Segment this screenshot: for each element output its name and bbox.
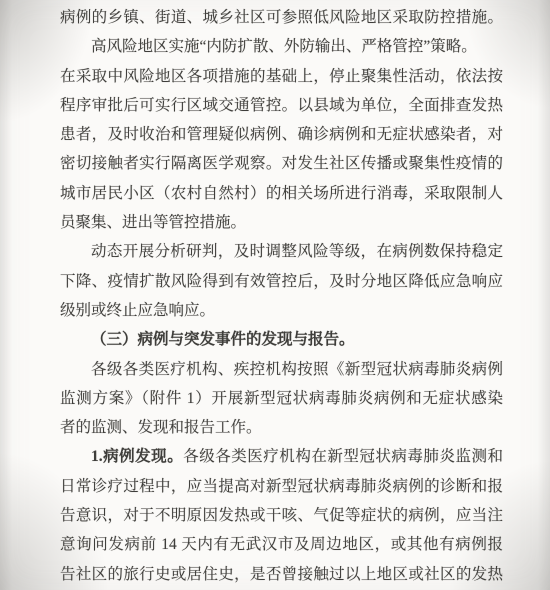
text-run: 城市居民小区（农村自然村）的相关场所进行消毒，采取限制人	[60, 185, 503, 202]
text-line: 告意识，对于不明原因发热或干咳、气促等症状的病例，应当注	[60, 501, 503, 530]
text-line: 者的监测、发现和报告工作。	[60, 413, 503, 442]
text-line: 员聚集、进出等管控措施。	[60, 208, 503, 237]
text-run: 监测方案》（附件 1）开展新型冠状病毒肺炎病例和无症状感染	[60, 390, 503, 407]
text-run: 下降、疫情扩散风险得到有效管控后，及时分地区降低应急响应	[60, 273, 503, 290]
section-heading-text: （三）病例与突发事件的发现与报告。	[91, 331, 355, 348]
text-run: 病例的乡镇、街道、城乡社区可参照低风险地区采取防控措施。	[60, 9, 503, 26]
text-run: 动态开展分析研判，及时调整风险等级，在病例数保持稳定	[91, 243, 503, 260]
text-line: 城市居民小区（农村自然村）的相关场所进行消毒，采取限制人	[60, 179, 503, 208]
text-line: 动态开展分析研判，及时调整风险等级，在病例数保持稳定	[60, 237, 503, 266]
text-run: 程序审批后可实行区域交通管控。以县域为单位，全面排查发热	[60, 97, 503, 114]
bold-run: 1.病例发现。	[91, 448, 183, 465]
text-line: 下降、疫情扩散风险得到有效管控后，及时分地区降低应急响应	[60, 267, 503, 296]
text-line: 程序审批后可实行区域交通管控。以县域为单位，全面排查发热	[60, 91, 503, 120]
document-text-block: 病例的乡镇、街道、城乡社区可参照低风险地区采取防控措施。高风险地区实施“内防扩散…	[60, 3, 503, 589]
text-run: 告社区的旅行史或居住史，是否曾接触过以上地区或社区的发热	[60, 566, 503, 583]
text-run: 者的监测、发现和报告工作。	[60, 419, 262, 436]
text-run: 日常诊疗过程中，应当提高对新型冠状病毒肺炎病例的诊断和报	[60, 478, 503, 495]
text-line: 日常诊疗过程中，应当提高对新型冠状病毒肺炎病例的诊断和报	[60, 472, 503, 501]
text-line: 各级各类医疗机构、疾控机构按照《新型冠状病毒肺炎病例	[60, 355, 503, 384]
text-run: 在采取中风险地区各项措施的基础上，停止聚集性活动，依法按	[60, 68, 503, 85]
text-run: 级别或终止应急响应。	[60, 302, 215, 319]
text-line: 1.病例发现。各级各类医疗机构在新型冠状病毒肺炎监测和	[60, 442, 503, 471]
text-line: 病例的乡镇、街道、城乡社区可参照低风险地区采取防控措施。	[60, 3, 503, 32]
text-run: 密切接触者实行隔离医学观察。对发生社区传播或聚集性疫情的	[60, 155, 503, 172]
text-line: 监测方案》（附件 1）开展新型冠状病毒肺炎病例和无症状感染	[60, 384, 503, 413]
text-line: 在采取中风险地区各项措施的基础上，停止聚集性活动，依法按	[60, 62, 503, 91]
text-line: 患者，及时收治和管理疑似病例、确诊病例和无症状感染者，对	[60, 120, 503, 149]
text-line: 高风险地区实施“内防扩散、外防输出、严格管控”策略。	[60, 32, 503, 61]
text-run: 意询问发病前 14 天内有无武汉市及周边地区，或其他有病例报	[60, 536, 503, 553]
document-page: 病例的乡镇、街道、城乡社区可参照低风险地区采取防控措施。高风险地区实施“内防扩散…	[0, 0, 550, 590]
text-line: 意询问发病前 14 天内有无武汉市及周边地区，或其他有病例报	[60, 530, 503, 559]
text-run: 各级各类医疗机构在新型冠状病毒肺炎监测和	[183, 448, 503, 465]
text-run: 员聚集、进出等管控措施。	[60, 214, 246, 231]
section-heading-line: （三）病例与突发事件的发现与报告。	[60, 325, 503, 354]
text-line: 密切接触者实行隔离医学观察。对发生社区传播或聚集性疫情的	[60, 149, 503, 178]
text-line: 告社区的旅行史或居住史，是否曾接触过以上地区或社区的发热	[60, 560, 503, 589]
text-line: 级别或终止应急响应。	[60, 296, 503, 325]
text-run: 患者，及时收治和管理疑似病例、确诊病例和无症状感染者，对	[60, 126, 503, 143]
text-run: 高风险地区实施“内防扩散、外防输出、严格管控”策略。	[91, 38, 477, 55]
text-run: 各级各类医疗机构、疾控机构按照《新型冠状病毒肺炎病例	[91, 361, 503, 378]
text-run: 告意识，对于不明原因发热或干咳、气促等症状的病例，应当注	[60, 507, 503, 524]
